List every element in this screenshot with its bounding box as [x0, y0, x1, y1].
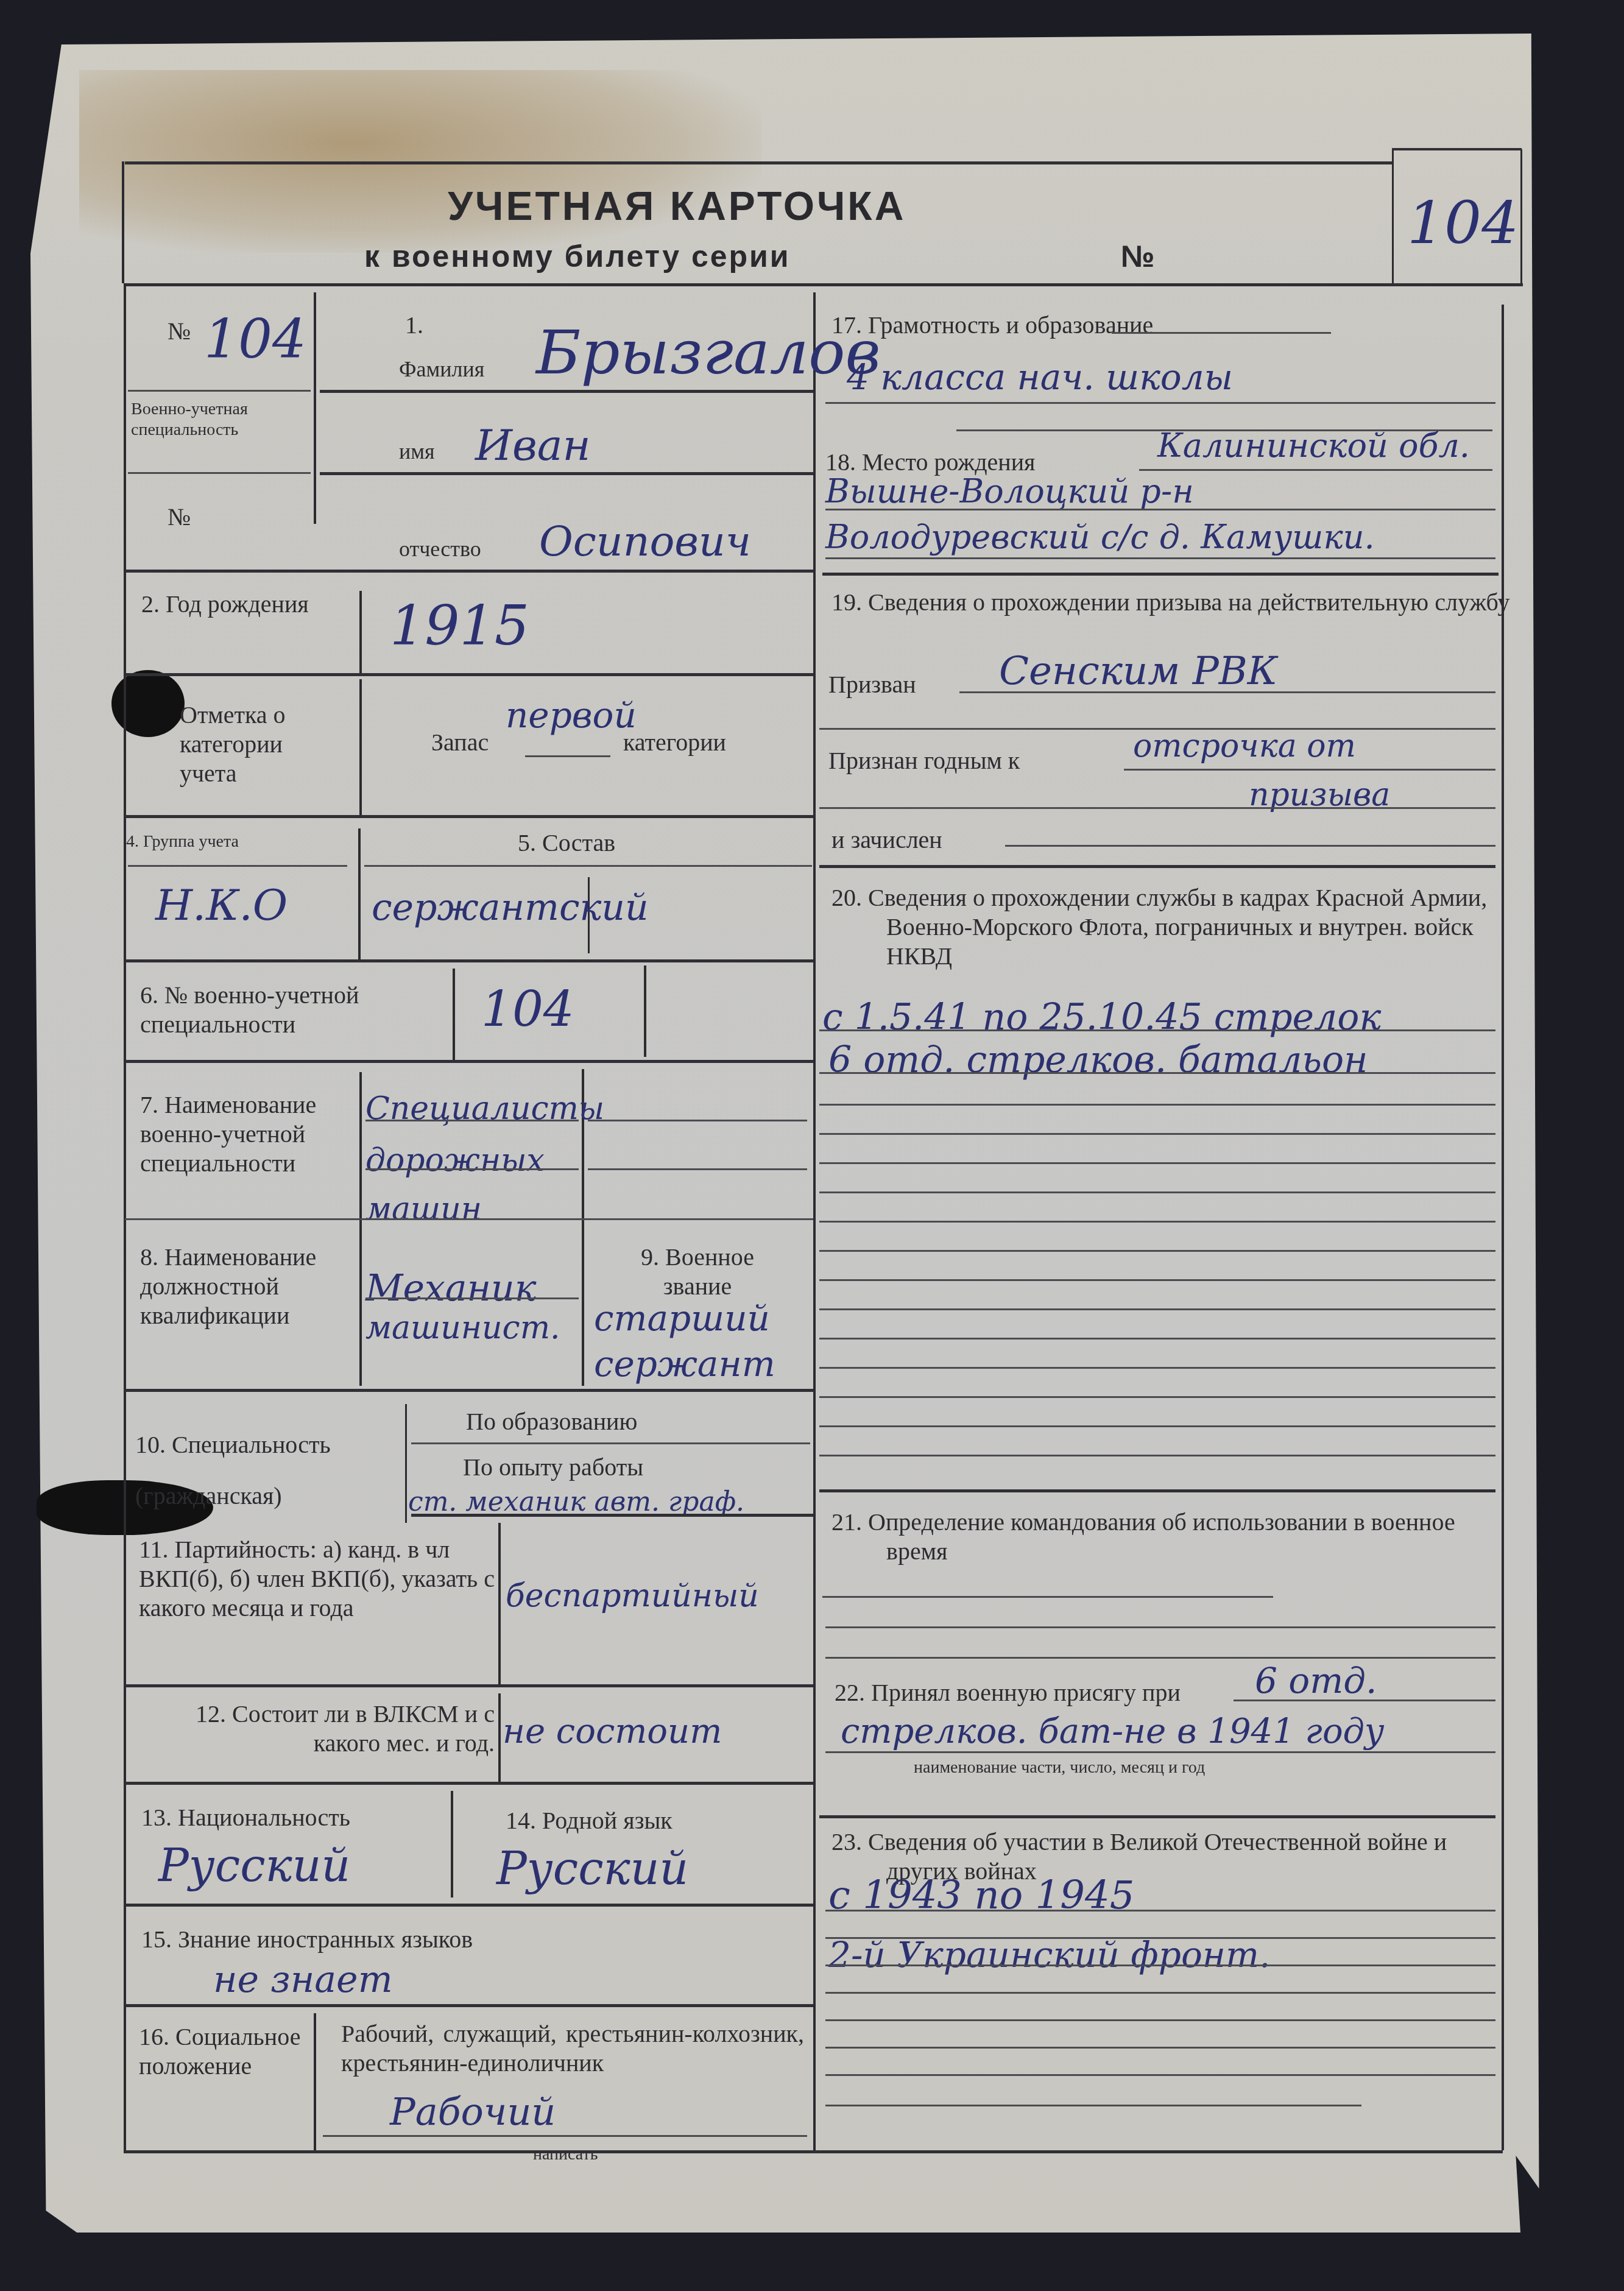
native-language-label: 14. Родной язык [506, 1806, 673, 1835]
surname-value: Брызгалов [536, 317, 881, 388]
conscription-label: 19. Сведения о прохождении призыва на де… [831, 588, 1526, 617]
native-language-value: Русский [496, 1843, 688, 1895]
party-value: беспартийный [506, 1578, 759, 1614]
nationality-label: 13. Национальность [141, 1803, 350, 1832]
position-value-2: машинист. [365, 1310, 560, 1346]
service-value-2: 6 отд. стрелков. батальон [828, 1039, 1368, 1081]
number-label: № [1121, 239, 1157, 274]
called-by-label: Призван [828, 670, 916, 699]
name-label: имя [399, 439, 435, 464]
page-title: УЧЕТНАЯ КАРТОЧКА [448, 183, 906, 229]
birthplace-value-2: Вышне-Волоцкий р-н [825, 472, 1194, 510]
languages-value: не знает [213, 1958, 393, 2001]
oath-hint: наименование части, число, месяц и год [914, 1757, 1205, 1778]
oath-value-2: стрелков. бат-не в 1941 году [841, 1712, 1385, 1751]
literacy-label: 17. Грамотность и образование [831, 311, 1153, 340]
box-no-label: № [168, 317, 191, 346]
war-participation-value-2: 2-й Украинский фронт. [828, 1934, 1270, 1975]
page-subtitle: к военному билету серии [364, 239, 791, 274]
category-label: Отметка о категории учета [180, 701, 344, 788]
nationality-value: Русский [158, 1840, 350, 1892]
oath-label: 22. Принял военную присягу при [835, 1678, 1181, 1707]
rank-value-1: старший [594, 1297, 770, 1339]
rank-value-2: сержант [594, 1343, 775, 1385]
literacy-value: 4 класса нач. школы [847, 356, 1233, 398]
field-1-number: 1. [405, 311, 423, 340]
komsomol-value: не состоит [503, 1712, 722, 1751]
found-fit-value-1: отсрочка от [1133, 728, 1356, 764]
group-label: 4. Группа учета [126, 831, 239, 852]
group-value: Н.К.О [155, 880, 288, 930]
patronymic-label: отчество [399, 536, 481, 562]
surname-label: Фамилия [399, 356, 484, 382]
birth-year-label: 2. Год рождения [141, 590, 348, 619]
service-value-1: с 1.5.41 по 25.10.45 стрелок [822, 996, 1381, 1039]
name-value: Иван [475, 420, 591, 470]
social-status-value: Рабочий [390, 2089, 556, 2134]
patronymic-value: Осипович [539, 518, 751, 566]
specialty-exp-value: ст. механик авт. граф. [408, 1486, 744, 1517]
vus-name-value-2: дорожных [365, 1142, 545, 1179]
specialty-exp-label: По опыту работы [463, 1453, 643, 1482]
vus-name-value-1: Специалисты [365, 1090, 604, 1127]
reserve-label: Запас [431, 728, 489, 757]
specialty-label: 10. Специальность (гражданская) [135, 1419, 403, 1522]
composition-label: 5. Состав [518, 828, 615, 858]
wartime-use-label: 21. Определение командования об использо… [831, 1508, 1520, 1566]
box-no2-label: № [168, 503, 191, 532]
social-status-options: Рабочий, служащий, крестьянин-колхозник,… [341, 2019, 804, 2078]
punch-hole-top [111, 670, 185, 737]
category-suffix: категории [623, 728, 726, 757]
specialty-edu-label: По образованию [466, 1407, 637, 1436]
card-number: 104 [1407, 189, 1519, 257]
languages-label: 15. Знание иностранных языков [141, 1925, 473, 1954]
composition-value: сержантский [372, 886, 649, 929]
party-label: 11. Партийность: а) канд. в чл ВКП(б), б… [139, 1535, 498, 1623]
vus-label: Военно-учетная специальность [131, 399, 302, 440]
position-label: 8. Наименование должностной квалификации [140, 1243, 347, 1330]
vus-number-value: 104 [481, 981, 574, 1037]
social-status-label: 16. Социальное положение [139, 2022, 309, 2081]
vus-name-value-3: машин [365, 1191, 482, 1227]
birthplace-value-3: Володуревский с/с д. Камушки. [825, 518, 1375, 556]
vus-number-label: 6. № военно-учетной специальности [140, 981, 451, 1039]
birthplace-value-1: Калининской обл. [1157, 426, 1470, 465]
reserve-value: первой [506, 694, 637, 736]
birth-year-value: 1915 [390, 594, 529, 658]
enlisted-label: и зачислен [831, 825, 942, 855]
oath-value-1: 6 отд. [1255, 1660, 1377, 1701]
position-value-1: Механик [365, 1267, 537, 1310]
box-no-value: 104 [204, 308, 306, 370]
vus-name-label: 7. Наименование военно-учетной специальн… [140, 1090, 347, 1178]
rank-label: 9. Военное звание [609, 1243, 786, 1301]
social-status-hint: написать [533, 2144, 598, 2165]
service-label: 20. Сведения о прохождении службы в кадр… [831, 883, 1520, 971]
komsomol-label: 12. Состоит ли в ВЛКСМ и с какого мес. и… [141, 1700, 495, 1758]
found-fit-label: Признан годным к [828, 746, 1020, 775]
called-by-value: Сенским РВК [999, 649, 1277, 694]
